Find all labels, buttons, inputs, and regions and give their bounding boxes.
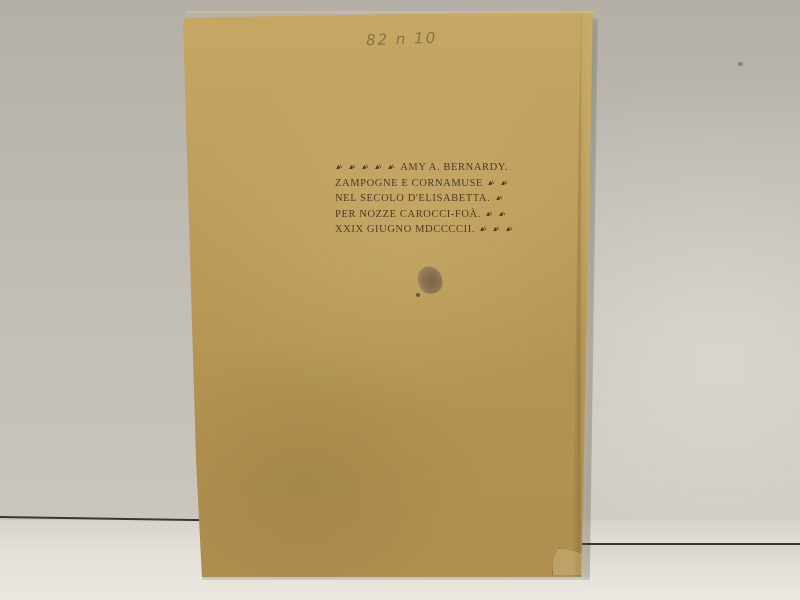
title-line: ☙☙☙☙☙AMY A. BERNARDY. — [333, 160, 533, 176]
title-line: ZAMPOGNE E CORNAMUSE☙☙ — [333, 176, 533, 192]
pencil-shelfmark: 82 n 10 — [366, 29, 438, 49]
ornament-icon: ☙ — [485, 175, 497, 192]
stain-dot — [416, 293, 420, 297]
ornament-icon: ☙ — [386, 159, 398, 176]
pamphlet-top-edge — [186, 11, 594, 15]
title-block: ☙☙☙☙☙AMY A. BERNARDY.ZAMPOGNE E CORNAMUS… — [333, 160, 533, 238]
ornament-icon: ☙ — [503, 221, 515, 238]
title-line-text: AMY A. BERNARDY. — [400, 160, 508, 176]
ornament-icon: ☙ — [346, 159, 358, 176]
pamphlet-cover — [183, 11, 595, 577]
ornament-icon: ☙ — [493, 190, 505, 207]
ornament-icon: ☙ — [359, 159, 371, 176]
shelf-surface-right — [580, 545, 800, 600]
ornament-icon: ☙ — [333, 159, 345, 176]
shelf-edge-right — [580, 543, 800, 545]
title-line: PER NOZZE CAROCCI-FOÀ.☙☙ — [333, 207, 533, 223]
ornament-icon: ☙ — [490, 221, 502, 238]
title-line: NEL SECOLO D'ELISABETTA.☙ — [333, 191, 533, 207]
ornament-icon: ☙ — [372, 159, 384, 176]
title-line-text: XXIX GIUGNO MDCCCCII. — [335, 222, 475, 238]
title-line-text: ZAMPOGNE E CORNAMUSE — [335, 176, 483, 192]
title-line: XXIX GIUGNO MDCCCCII.☙☙☙ — [333, 222, 533, 238]
title-line-text: PER NOZZE CAROCCI-FOÀ. — [335, 207, 481, 223]
wall-mark — [738, 62, 743, 66]
title-line-text: NEL SECOLO D'ELISABETTA. — [335, 191, 490, 207]
ornament-icon: ☙ — [477, 221, 489, 238]
